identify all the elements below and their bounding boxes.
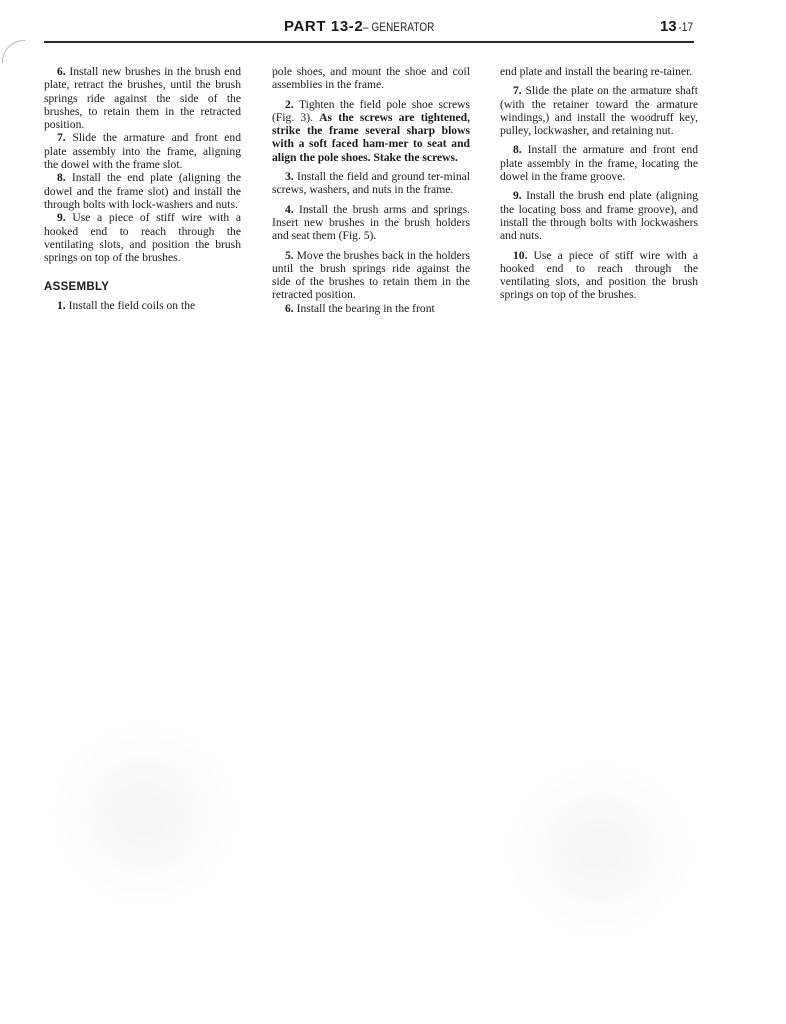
step-number: 4.: [285, 203, 294, 216]
section-heading-assembly: ASSEMBLY: [44, 281, 241, 294]
step-number: 7.: [513, 84, 522, 97]
step-paragraph: 9. Use a piece of stiff wire with a hook…: [44, 211, 241, 264]
page-number-major: 13: [660, 18, 677, 35]
step-paragraph: 5. Move the brushes back in the holders …: [272, 249, 470, 302]
step-text: Use a piece of stiff wire with a hooked …: [44, 211, 241, 264]
step-text: Move the brushes back in the holders unt…: [272, 249, 470, 302]
page-number: 13-17: [660, 18, 694, 36]
step-paragraph: 7. Slide the armature and front end plat…: [44, 131, 241, 171]
step-number: 8.: [513, 143, 522, 156]
step-number: 3.: [285, 170, 294, 183]
step-number: 9.: [513, 189, 522, 202]
step-paragraph: 8. Install the armature and front end pl…: [500, 143, 698, 183]
step-number: 1.: [57, 299, 66, 312]
step-paragraph: 2. Tighten the field pole shoe screws (F…: [272, 98, 470, 164]
step-text: Install the field and ground ter-minal s…: [272, 170, 470, 196]
step-text: Install the field coils on the: [66, 299, 195, 312]
step-paragraph: 8. Install the end plate (aligning the d…: [44, 171, 241, 211]
running-title: PART 13-2 – GENERATOR: [284, 18, 450, 36]
step-text: Install new brushes in the brush end pla…: [44, 65, 241, 131]
show-through-illustration-left: [50, 720, 240, 910]
step-paragraph: 6. Install new brushes in the brush end …: [44, 65, 241, 131]
step-text: Use a piece of stiff wire with a hooked …: [500, 249, 698, 302]
step-paragraph: 9. Install the brush end plate (aligning…: [500, 189, 698, 242]
step-paragraph: 10. Use a piece of stiff wire with a hoo…: [500, 249, 698, 302]
continuation-paragraph: pole shoes, and mount the shoe and coil …: [272, 65, 470, 92]
page-header: PART 13-2 – GENERATOR 13-17: [44, 16, 694, 40]
step-text: Slide the plate on the armature shaft (w…: [500, 84, 698, 137]
step-number: 5.: [285, 249, 294, 262]
show-through-illustration-right: [505, 760, 695, 940]
continuation-paragraph: end plate and install the bearing re-tai…: [500, 65, 698, 78]
section-subtitle: – GENERATOR: [363, 20, 434, 34]
column-middle: pole shoes, and mount the shoe and coil …: [272, 65, 470, 315]
header-rule: [44, 41, 694, 43]
step-text: Install the end plate (aligning the dowe…: [44, 171, 241, 211]
step-text: Install the brush arms and springs. Inse…: [272, 203, 470, 243]
step-text: Install the armature and front end plate…: [500, 143, 698, 183]
step-text: Install the brush end plate (aligning th…: [500, 189, 698, 242]
step-number: 9.: [57, 211, 66, 224]
step-number: 2.: [285, 98, 294, 111]
column-right: end plate and install the bearing re-tai…: [500, 65, 698, 302]
step-text: Slide the armature and front end plate a…: [44, 131, 241, 171]
page-curl-mark: [2, 40, 25, 63]
step-paragraph: 4. Install the brush arms and springs. I…: [272, 203, 470, 243]
step-paragraph: 1. Install the field coils on the: [44, 299, 241, 312]
page-number-minor: -17: [678, 20, 693, 34]
step-number: 8.: [57, 171, 66, 184]
step-number: 10.: [513, 249, 528, 262]
step-paragraph: 6. Install the bearing in the front: [272, 302, 470, 315]
step-number: 6.: [57, 65, 66, 78]
step-number: 7.: [57, 131, 66, 144]
step-paragraph: 3. Install the field and ground ter-mina…: [272, 170, 470, 197]
column-left: 6. Install new brushes in the brush end …: [44, 65, 241, 312]
step-number: 6.: [285, 302, 294, 315]
part-label: PART 13-2: [284, 18, 363, 35]
step-text: Install the bearing in the front: [294, 302, 435, 315]
step-paragraph: 7. Slide the plate on the armature shaft…: [500, 84, 698, 137]
